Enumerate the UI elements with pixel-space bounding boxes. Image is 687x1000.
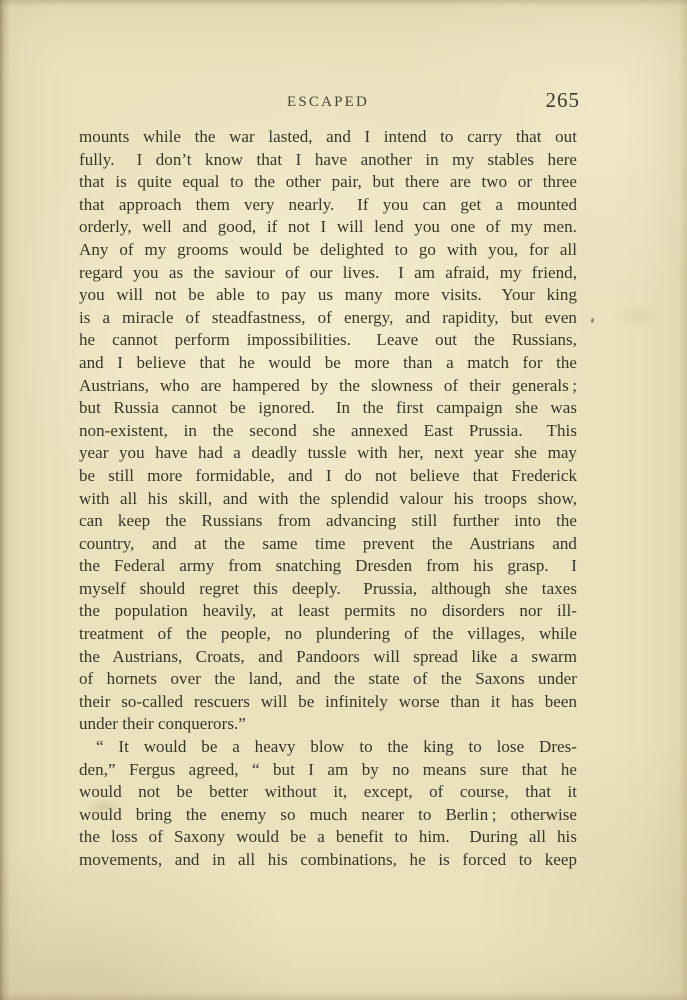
- text-line: of hornets over the land, and the state …: [79, 668, 577, 691]
- text-line: orderly, well and good, if not I will le…: [79, 216, 577, 239]
- page-number: 265: [546, 88, 581, 113]
- text-line: myself should regret this deeply. Prussi…: [79, 578, 577, 601]
- text-line: fully. I don’t know that I have another …: [79, 149, 577, 172]
- text-line: the Federal army from snatching Dresden …: [79, 555, 577, 578]
- text-line: regard you as the saviour of our lives. …: [79, 262, 577, 285]
- text-line: the population heavily, at least permits…: [79, 600, 577, 623]
- text-line: that approach them very nearly. If you c…: [79, 194, 577, 217]
- text-line: treatment of the people, no plundering o…: [79, 623, 577, 646]
- text-line: country, and at the same time prevent th…: [79, 533, 577, 556]
- text-line: but Russia cannot be ignored. In the fir…: [79, 397, 577, 420]
- chapter-header: ESCAPED: [79, 94, 577, 111]
- text-line: with all his skill, and with the splendi…: [79, 488, 577, 511]
- text-line: and I believe that he would be more than…: [79, 352, 577, 375]
- text-line: their so-called rescuers will be infinit…: [79, 691, 577, 714]
- text-line: under their conquerors.”: [79, 713, 577, 736]
- text-line: be still more formidable, and I do not b…: [79, 465, 577, 488]
- text-line: that is quite equal to the other pair, b…: [79, 171, 577, 194]
- text-line: year you have had a deadly tussle with h…: [79, 442, 577, 465]
- text-line: movements, and in all his combinations, …: [79, 849, 577, 872]
- text-line: is a miracle of steadfastness, of energy…: [79, 307, 577, 330]
- text-line: Austrians, who are hampered by the slown…: [79, 375, 577, 398]
- text-line: he cannot perform impossibilities. Leave…: [79, 329, 577, 352]
- text-line: “ It would be a heavy blow to the king t…: [79, 736, 577, 759]
- text-line: non-existent, in the second she annexed …: [79, 420, 577, 443]
- text-line: den,” Fergus agreed, “ but I am by no me…: [79, 759, 577, 782]
- book-page: ESCAPED 265 mounts while the war lasted,…: [0, 0, 687, 1000]
- text-line: the Austrians, Croats, and Pandoors will…: [79, 646, 577, 669]
- text-line: Any of my grooms would be delighted to g…: [79, 239, 577, 262]
- page-text: mounts while the war lasted, and I inten…: [79, 126, 577, 872]
- paper-smudge: [614, 306, 660, 328]
- text-line: would not be better without it, except, …: [79, 781, 577, 804]
- text-line: would bring the enemy so much nearer to …: [79, 804, 577, 827]
- text-line: mounts while the war lasted, and I inten…: [79, 126, 577, 149]
- paper-smudge: [84, 798, 124, 816]
- text-line: can keep the Russians from advancing sti…: [79, 510, 577, 533]
- text-line: the loss of Saxony would be a benefit to…: [79, 826, 577, 849]
- text-line: you will not be able to pay us many more…: [79, 284, 577, 307]
- ink-speck: [591, 318, 595, 324]
- running-head: ESCAPED 265: [79, 90, 577, 114]
